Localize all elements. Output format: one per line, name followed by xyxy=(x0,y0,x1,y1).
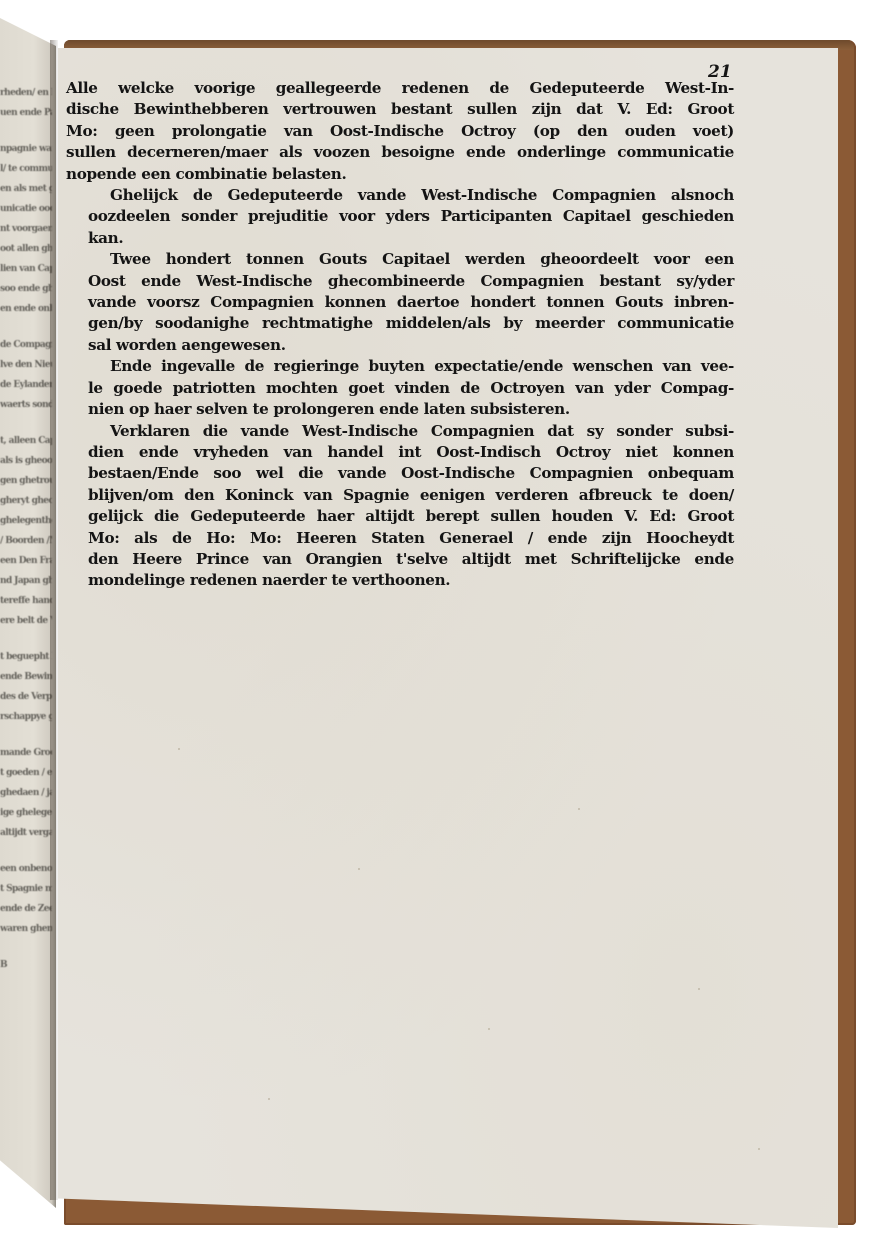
facing-page-text-fragment: waerts sonder / binnen xyxy=(0,400,52,411)
facing-page-text-fragment: rschappye gemeten xyxy=(0,712,52,723)
text-line: bestaen/Ende soo wel die vande Oost-Indi… xyxy=(66,463,734,484)
text-line: Ende ingevalle de regieringe buyten expe… xyxy=(66,356,734,377)
text-line: den Heere Prince van Orangien t'selve al… xyxy=(66,549,734,570)
text-line: nien op haer selven te prolongeren ende … xyxy=(66,399,734,420)
facing-page-text-fragment: oot allen gheliefde xyxy=(0,244,52,255)
facing-page-text-fragment: nt voorgaen. xyxy=(0,224,52,235)
text-line: Mo: geen prolongatie van Oost-Indische O… xyxy=(66,121,734,142)
facing-page-text-fragment: lien van Capitalen xyxy=(0,264,52,275)
text-line: Ghelijck de Gedeputeerde vande West-Indi… xyxy=(66,185,734,206)
facing-page-text-fragment: mande Groepen naer xyxy=(0,748,52,759)
facing-page-text-fragment: de Eylanden Banda xyxy=(0,380,52,391)
text-line: vande voorsz Compagnien konnen daertoe h… xyxy=(66,292,734,313)
text-line: Mo: als de Ho: Mo: Heeren Staten Generae… xyxy=(66,528,734,549)
text-line: Oost ende West-Indische ghecombineerde C… xyxy=(66,271,734,292)
facing-page-text-fragment: gheryt gheoorloofte xyxy=(0,496,52,507)
facing-page-text-fragment: als is gheoorloofte xyxy=(0,456,52,467)
facing-page-text-fragment: en ende onbillighen sonde xyxy=(0,304,52,315)
book-spine-shadow xyxy=(50,40,58,1200)
facing-page-text-fragment: waren ghemaeckt xyxy=(0,924,52,935)
paragraph: Alle welcke voorige geallegeerde redenen… xyxy=(66,78,734,185)
facing-page-text-fragment: ghedaen / jaer alleen xyxy=(0,788,52,799)
text-line: dische Bewinthebberen vertrouwen bestant… xyxy=(66,99,734,120)
text-line: gen/by soodanighe rechtmatighe middelen/… xyxy=(66,313,734,334)
text-line: Twee hondert tonnen Gouts Capitael werde… xyxy=(66,249,734,270)
facing-page-text-fragment: ige ghelegentheyt xyxy=(0,808,52,819)
facing-page-text-fragment: B xyxy=(0,960,52,971)
text-line: gelijck die Gedeputeerde haer altijdt be… xyxy=(66,506,734,527)
paragraph: Verklaren die vande West-Indische Compag… xyxy=(66,421,734,592)
text-line: kan. xyxy=(66,228,734,249)
paragraph: Ghelijck de Gedeputeerde vande West-Indi… xyxy=(66,185,734,249)
text-line: nopende een combinatie belasten. xyxy=(66,164,734,185)
recto-page: 21 Alle welcke voorige geallegeerde rede… xyxy=(58,48,838,1228)
facing-left-page: rheden/ en haren lastuen ende Participan… xyxy=(0,18,56,1208)
facing-page-text-fragment: een Den Francker xyxy=(0,556,52,567)
facing-page-text-fragment: / Boorden /Molucas/ xyxy=(0,536,52,547)
facing-page-text-fragment: t Spagnie met xyxy=(0,884,52,895)
facing-page-text-fragment: npagnie wanighe nochte xyxy=(0,144,52,155)
text-line: blijven/om den Koninck van Spagnie eenig… xyxy=(66,485,734,506)
facing-page-text-fragment: nd Japan gheschiede xyxy=(0,576,52,587)
facing-page-text-fragment: t goeden / ende met xyxy=(0,768,52,779)
text-line: sal worden aengewesen. xyxy=(66,335,734,356)
facing-page-text-fragment: gen ghetrouwelijck xyxy=(0,476,52,487)
text-line: sullen decerneren/maer als voozen besoig… xyxy=(66,142,734,163)
facing-page-text-fragment: ghelegentheyt xyxy=(0,516,52,527)
page-text-block: Alle welcke voorige geallegeerde redenen… xyxy=(66,78,734,592)
facing-page-text-fragment: altijdt vergaderinge xyxy=(0,828,52,839)
text-line: oozdeelen sonder prejuditie voor yders P… xyxy=(66,206,734,227)
facing-page-text-fragment: uen ende Participanten xyxy=(0,108,52,119)
facing-page-text-fragment: rheden/ en haren last xyxy=(0,88,52,99)
facing-page-text-fragment: en als met gelegentheyt xyxy=(0,184,52,195)
facing-page-text-fragment: tereffe handel / binnen xyxy=(0,596,52,607)
facing-page-text-fragment: l/ te communiceren xyxy=(0,164,52,175)
text-line: dien ende vryheden van handel int Oost-I… xyxy=(66,442,734,463)
facing-page-text-fragment: de Compagnieschap xyxy=(0,340,52,351)
facing-page-text-fragment: t beguepht hebben xyxy=(0,652,52,663)
facing-page-text-fragment: ende Bewinthebb xyxy=(0,672,52,683)
facing-page-text-fragment: unicatie oock haer leden xyxy=(0,204,52,215)
facing-page-text-fragment: een onbenoemde xyxy=(0,864,52,875)
text-line: mondelinge redenen naerder te verthoonen… xyxy=(66,570,734,591)
paragraph: Twee hondert tonnen Gouts Capitael werde… xyxy=(66,249,734,356)
text-line: le goede patriotten mochten goet vinden … xyxy=(66,378,734,399)
text-line: Alle welcke voorige geallegeerde redenen… xyxy=(66,78,734,99)
facing-page-text-fragment: ende de Zeelanden xyxy=(0,904,52,915)
text-line: Verklaren die vande West-Indische Compag… xyxy=(66,421,734,442)
facing-page-text-fragment: lve den Nieu Guinee xyxy=(0,360,52,371)
facing-page-text-fragment: des de Verplichting xyxy=(0,692,52,703)
facing-page-text-fragment: t, alleen Capitaal xyxy=(0,436,52,447)
facing-page-text-fragment: ere belt de Verplichten xyxy=(0,616,52,627)
facing-page-text-fragment: soo ende ghemeyne xyxy=(0,284,52,295)
paragraph: Ende ingevalle de regieringe buyten expe… xyxy=(66,356,734,420)
